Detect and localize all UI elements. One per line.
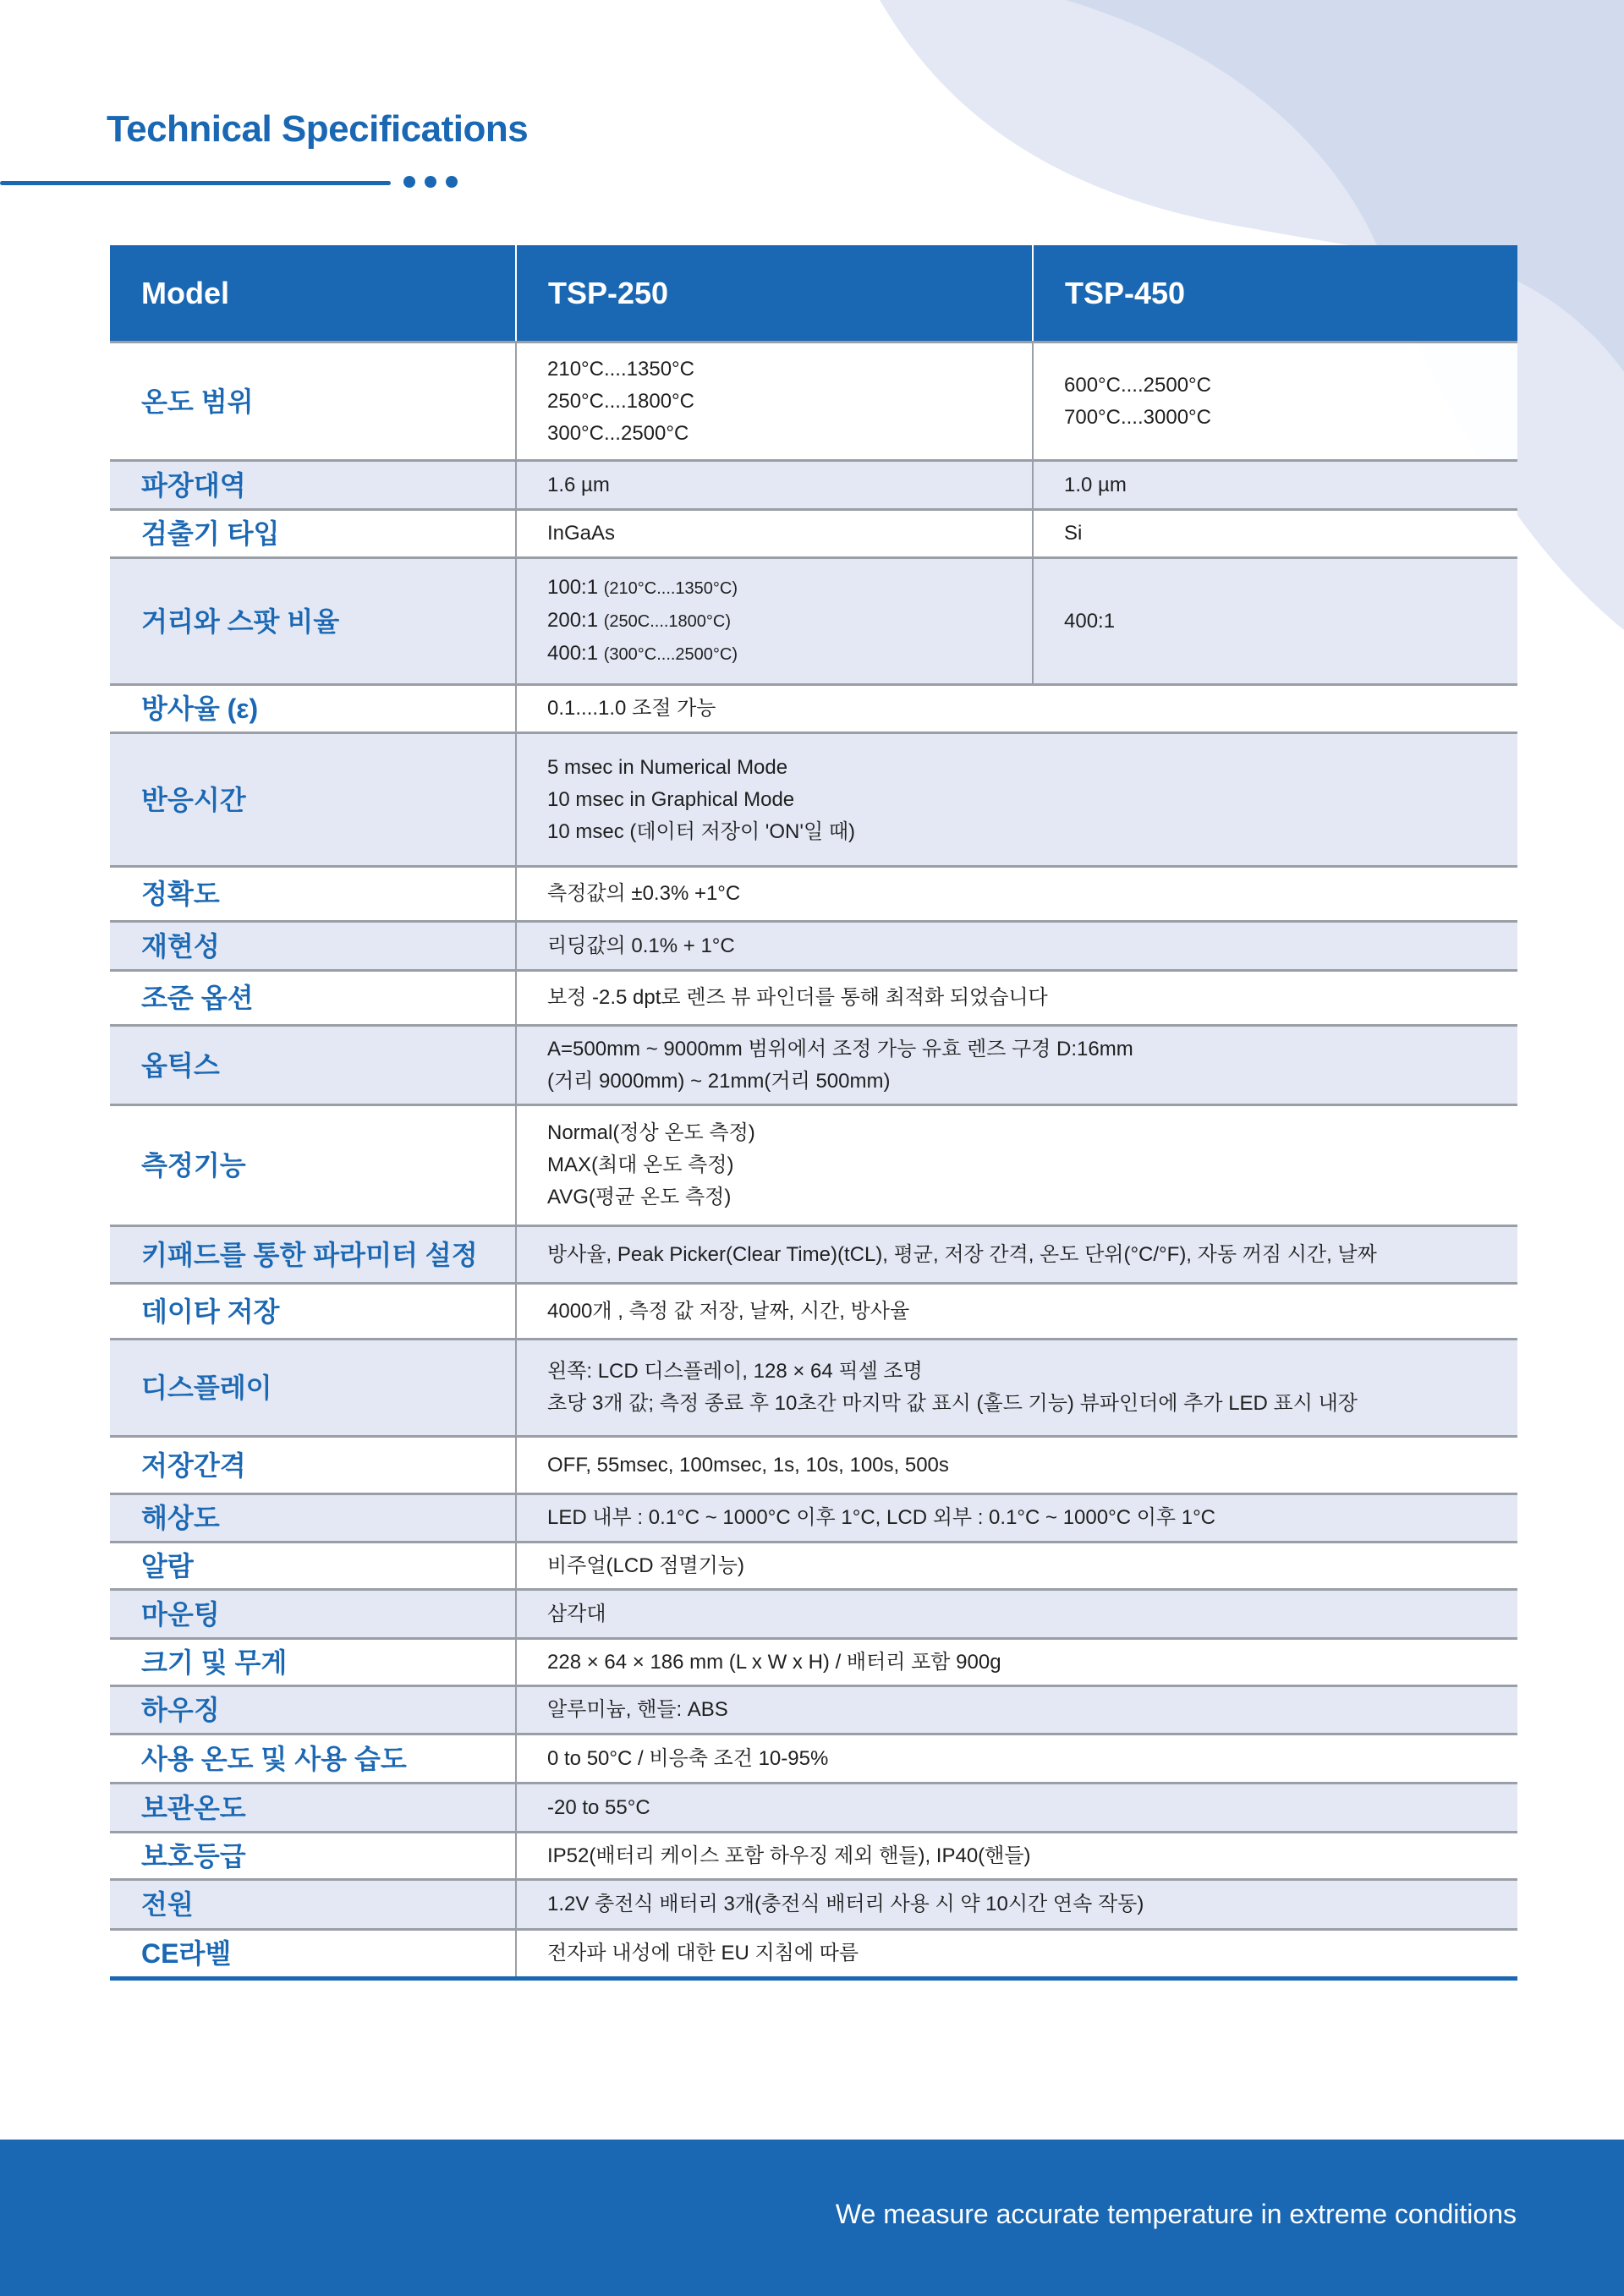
row-label: 방사율 (ε) — [110, 685, 516, 733]
row-label: 보관온도 — [110, 1784, 516, 1833]
table-row: 크기 및 무게 228 × 64 × 186 mm (L x W x H) / … — [110, 1639, 1517, 1686]
row-label: 반응시간 — [110, 733, 516, 867]
table-row: 검출기 타입 InGaAs Si — [110, 510, 1517, 558]
table-row: 키패드를 통한 파라미터 설정 방사율, Peak Picker(Clear T… — [110, 1226, 1517, 1284]
ratio-value: 200:1 — [547, 609, 598, 632]
row-label: 거리와 스팟 비율 — [110, 558, 516, 685]
cell-tsp250: 1.6 µm — [516, 461, 1033, 510]
cell-value: A=500mm ~ 9000mm 범위에서 조정 가능 유효 렌즈 구경 D:1… — [516, 1026, 1517, 1105]
row-label: 크기 및 무게 — [110, 1639, 516, 1686]
ratio-range: (300°C....2500°C) — [604, 645, 738, 664]
cell-value: 비주얼(LCD 점멸기능) — [516, 1543, 1517, 1590]
row-label: 알람 — [110, 1543, 516, 1590]
table-row: 옵틱스 A=500mm ~ 9000mm 범위에서 조정 가능 유효 렌즈 구경… — [110, 1026, 1517, 1105]
cell-tsp450: 1.0 µm — [1033, 461, 1517, 510]
cell-line: 250°C....1800°C — [547, 386, 1032, 418]
table-row: 저장간격 OFF, 55msec, 100msec, 1s, 10s, 100s… — [110, 1437, 1517, 1494]
table-row: 조준 옵션 보정 -2.5 dpt로 렌즈 뷰 파인더를 통해 최적화 되었습니… — [110, 971, 1517, 1026]
table-row: 거리와 스팟 비율 100:1 (210°C....1350°C) 200:1 … — [110, 558, 1517, 685]
row-label: 옵틱스 — [110, 1026, 516, 1105]
cell-value: 보정 -2.5 dpt로 렌즈 뷰 파인더를 통해 최적화 되었습니다 — [516, 971, 1517, 1026]
row-label: 디스플레이 — [110, 1340, 516, 1437]
cell-line: Normal(정상 온도 측정) — [547, 1117, 1517, 1149]
cell-value: OFF, 55msec, 100msec, 1s, 10s, 100s, 500… — [516, 1437, 1517, 1494]
cell-value: 4000개 , 측정 값 저장, 날짜, 시간, 방사율 — [516, 1284, 1517, 1340]
cell-line: 200:1 (250C....1800°C) — [547, 605, 1032, 638]
ratio-range: (210°C....1350°C) — [604, 579, 738, 598]
cell-line: AVG(평균 온도 측정) — [547, 1181, 1517, 1214]
row-label: 해상도 — [110, 1494, 516, 1543]
dot-icon — [446, 176, 458, 188]
cell-value: 방사율, Peak Picker(Clear Time)(tCL), 평균, 저… — [516, 1226, 1517, 1284]
cell-line: 10 msec (데이터 저장이 'ON'일 때) — [547, 816, 1517, 848]
table-row: 보호등급 IP52(배터리 케이스 포함 하우징 제외 핸들), IP40(핸들… — [110, 1833, 1517, 1880]
table-row: 하우징 알루미늄, 핸들: ABS — [110, 1686, 1517, 1734]
header-model-tsp450: TSP-450 — [1033, 245, 1517, 342]
cell-line: (거리 9000mm) ~ 21mm(거리 500mm) — [547, 1066, 1517, 1098]
cell-line: 10 msec in Graphical Mode — [547, 784, 1517, 816]
row-label: 정확도 — [110, 867, 516, 922]
cell-value: 리딩값의 0.1% + 1°C — [516, 922, 1517, 971]
table-row: 사용 온도 및 사용 습도 0 to 50°C / 비응축 조건 10-95% — [110, 1734, 1517, 1784]
cell-line: 210°C....1350°C — [547, 353, 1032, 386]
table-row: 전원 1.2V 충전식 배터리 3개(충전식 배터리 사용 시 약 10시간 연… — [110, 1880, 1517, 1930]
title-dots-ornament — [403, 176, 458, 188]
cell-value: 228 × 64 × 186 mm (L x W x H) / 배터리 포함 9… — [516, 1639, 1517, 1686]
dot-icon — [425, 176, 436, 188]
cell-value: IP52(배터리 케이스 포함 하우징 제외 핸들), IP40(핸들) — [516, 1833, 1517, 1880]
row-label: CE라벨 — [110, 1930, 516, 1979]
table-row: 정확도 측정값의 ±0.3% +1°C — [110, 867, 1517, 922]
cell-tsp250: 210°C....1350°C 250°C....1800°C 300°C...… — [516, 342, 1033, 461]
page-title: Technical Specifications — [107, 108, 528, 151]
cell-value: 측정값의 ±0.3% +1°C — [516, 867, 1517, 922]
cell-value: 알루미늄, 핸들: ABS — [516, 1686, 1517, 1734]
cell-line: 400:1 (300°C....2500°C) — [547, 638, 1032, 671]
table-row: 반응시간 5 msec in Numerical Mode 10 msec in… — [110, 733, 1517, 867]
row-label: 하우징 — [110, 1686, 516, 1734]
cell-value: 왼쪽: LCD 디스플레이, 128 × 64 픽셀 조명 초당 3개 값; 측… — [516, 1340, 1517, 1437]
footer-tagline: We measure accurate temperature in extre… — [836, 2199, 1517, 2230]
cell-tsp250: InGaAs — [516, 510, 1033, 558]
table-row: 파장대역 1.6 µm 1.0 µm — [110, 461, 1517, 510]
row-label: 데이타 저장 — [110, 1284, 516, 1340]
cell-line: MAX(최대 온도 측정) — [547, 1149, 1517, 1181]
cell-value: 전자파 내성에 대한 EU 지침에 따름 — [516, 1930, 1517, 1979]
table-row: 방사율 (ε) 0.1....1.0 조절 가능 — [110, 685, 1517, 733]
cell-value: 1.2V 충전식 배터리 3개(충전식 배터리 사용 시 약 10시간 연속 작… — [516, 1880, 1517, 1930]
row-label: 파장대역 — [110, 461, 516, 510]
table-row: 마운팅 삼각대 — [110, 1590, 1517, 1639]
title-underline — [0, 181, 391, 185]
table-row: 디스플레이 왼쪽: LCD 디스플레이, 128 × 64 픽셀 조명 초당 3… — [110, 1340, 1517, 1437]
cell-value: Normal(정상 온도 측정) MAX(최대 온도 측정) AVG(평균 온도… — [516, 1105, 1517, 1226]
cell-tsp450: Si — [1033, 510, 1517, 558]
table-row: CE라벨 전자파 내성에 대한 EU 지침에 따름 — [110, 1930, 1517, 1979]
header-model-tsp250: TSP-250 — [516, 245, 1033, 342]
row-label: 온도 범위 — [110, 342, 516, 461]
table-row: 보관온도 -20 to 55°C — [110, 1784, 1517, 1833]
table-row: 측정기능 Normal(정상 온도 측정) MAX(최대 온도 측정) AVG(… — [110, 1105, 1517, 1226]
cell-value: 5 msec in Numerical Mode 10 msec in Grap… — [516, 733, 1517, 867]
cell-line: 700°C....3000°C — [1064, 402, 1517, 434]
table-row: 데이타 저장 4000개 , 측정 값 저장, 날짜, 시간, 방사율 — [110, 1284, 1517, 1340]
cell-line: 5 msec in Numerical Mode — [547, 752, 1517, 784]
row-label: 조준 옵션 — [110, 971, 516, 1026]
cell-line: A=500mm ~ 9000mm 범위에서 조정 가능 유효 렌즈 구경 D:1… — [547, 1033, 1517, 1066]
cell-value: 0.1....1.0 조절 가능 — [516, 685, 1517, 733]
ratio-range: (250C....1800°C) — [604, 612, 731, 631]
cell-line: 100:1 (210°C....1350°C) — [547, 572, 1032, 605]
cell-tsp250: 100:1 (210°C....1350°C) 200:1 (250C....1… — [516, 558, 1033, 685]
cell-tsp450: 400:1 — [1033, 558, 1517, 685]
cell-line: 600°C....2500°C — [1064, 370, 1517, 402]
header-model-label: Model — [110, 245, 516, 342]
table-row: 온도 범위 210°C....1350°C 250°C....1800°C 30… — [110, 342, 1517, 461]
cell-line: 왼쪽: LCD 디스플레이, 128 × 64 픽셀 조명 — [547, 1356, 1517, 1388]
row-label: 사용 온도 및 사용 습도 — [110, 1734, 516, 1784]
spec-table: Model TSP-250 TSP-450 온도 범위 210°C....135… — [110, 245, 1517, 1981]
row-label: 저장간격 — [110, 1437, 516, 1494]
dot-icon — [403, 176, 415, 188]
cell-line: 300°C...2500°C — [547, 418, 1032, 450]
table-row: 재현성 리딩값의 0.1% + 1°C — [110, 922, 1517, 971]
cell-value: LED 내부 : 0.1°C ~ 1000°C 이후 1°C, LCD 외부 :… — [516, 1494, 1517, 1543]
row-label: 키패드를 통한 파라미터 설정 — [110, 1226, 516, 1284]
row-label: 재현성 — [110, 922, 516, 971]
cell-value: 0 to 50°C / 비응축 조건 10-95% — [516, 1734, 1517, 1784]
cell-tsp450: 600°C....2500°C 700°C....3000°C — [1033, 342, 1517, 461]
row-label: 검출기 타입 — [110, 510, 516, 558]
cell-line: 초당 3개 값; 측정 종료 후 10초간 마지막 값 표시 (홀드 기능) 뷰… — [547, 1388, 1517, 1420]
row-label: 보호등급 — [110, 1833, 516, 1880]
row-label: 측정기능 — [110, 1105, 516, 1226]
table-header-row: Model TSP-250 TSP-450 — [110, 245, 1517, 342]
table-row: 해상도 LED 내부 : 0.1°C ~ 1000°C 이후 1°C, LCD … — [110, 1494, 1517, 1543]
ratio-value: 400:1 — [547, 642, 598, 665]
cell-value: -20 to 55°C — [516, 1784, 1517, 1833]
footer-banner: We measure accurate temperature in extre… — [0, 2140, 1624, 2296]
table-row: 알람 비주얼(LCD 점멸기능) — [110, 1543, 1517, 1590]
ratio-value: 100:1 — [547, 576, 598, 599]
row-label: 마운팅 — [110, 1590, 516, 1639]
row-label: 전원 — [110, 1880, 516, 1930]
cell-value: 삼각대 — [516, 1590, 1517, 1639]
